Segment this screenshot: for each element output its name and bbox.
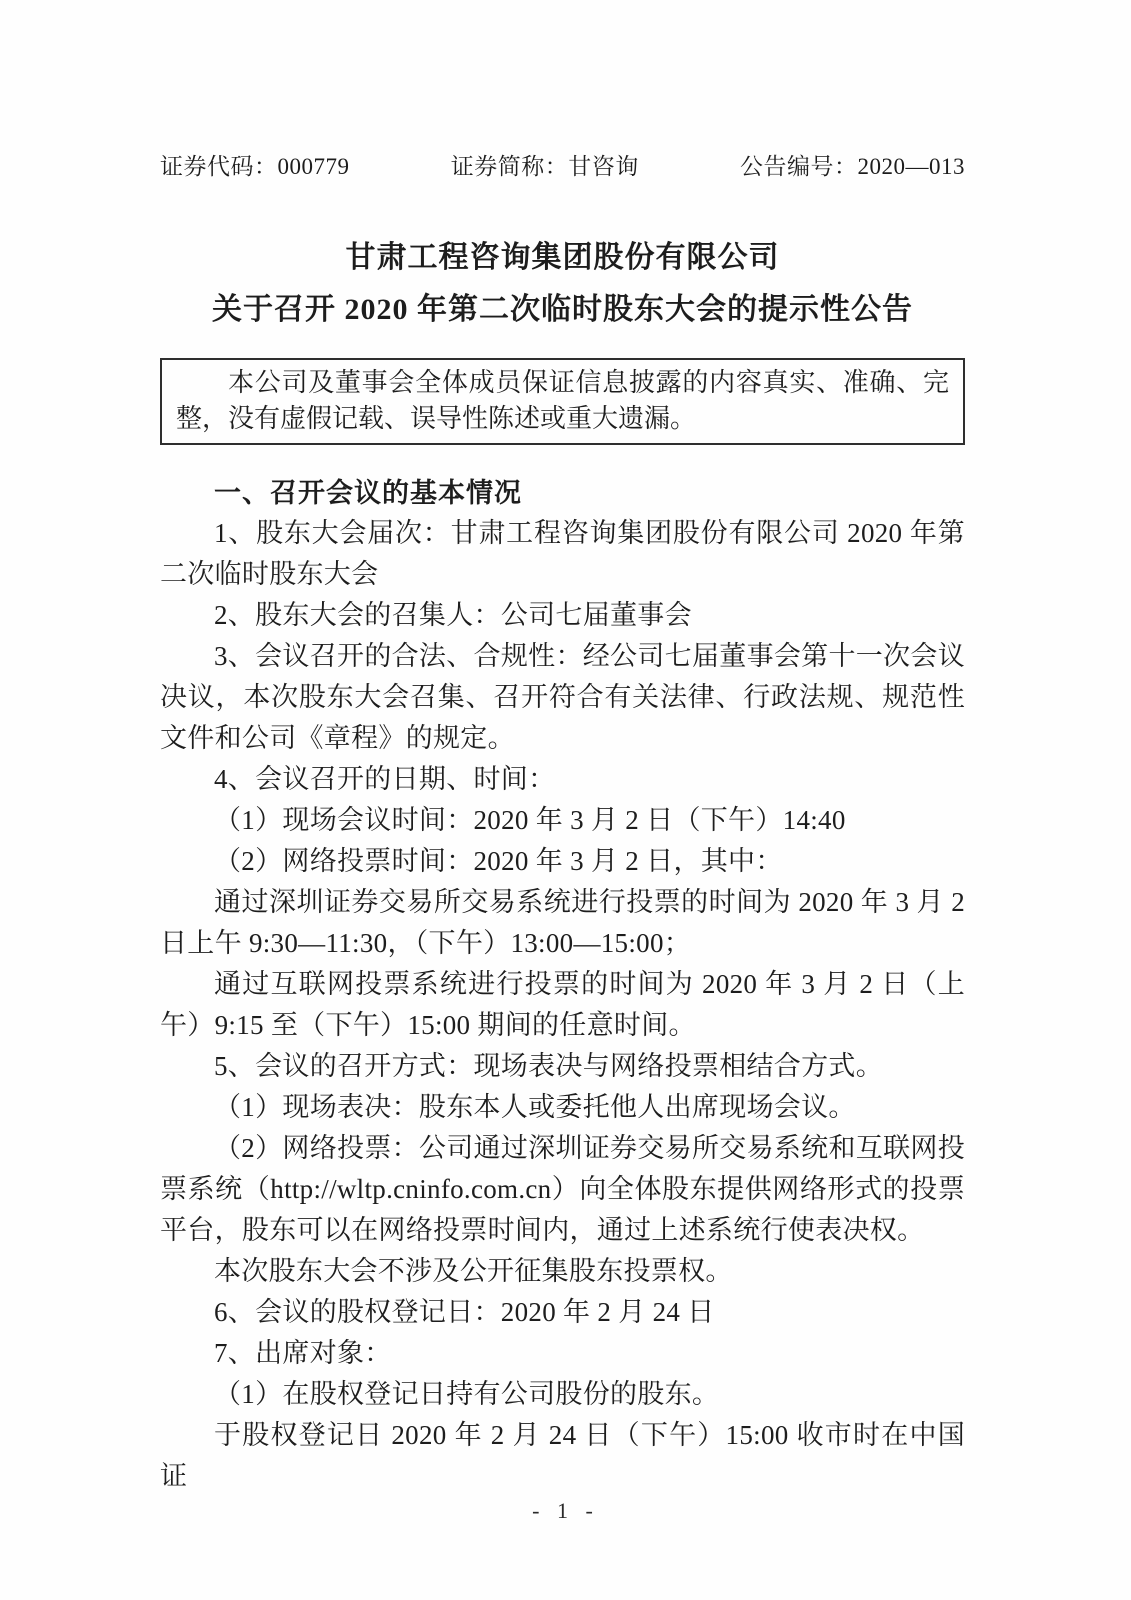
document-header: 证券代码：000779 证券简称：甘咨询 公告编号：2020—013 <box>160 152 965 182</box>
paragraph: 3、会议召开的合法、合规性：经公司七届董事会第十一次会议决议，本次股东大会召集、… <box>160 636 965 759</box>
paragraph: （1）在股权登记日持有公司股份的股东。 <box>160 1374 965 1415</box>
disclaimer-text: 本公司及董事会全体成员保证信息披露的内容真实、准确、完整，没有虚假记载、误导性陈… <box>176 368 949 433</box>
page-number: - 1 - <box>0 1498 1131 1524</box>
paragraph: 1、股东大会届次：甘肃工程咨询集团股份有限公司 2020 年第二次临时股东大会 <box>160 513 965 595</box>
paragraph: 7、出席对象： <box>160 1333 965 1374</box>
paragraph: 通过互联网投票系统进行投票的时间为 2020 年 3 月 2 日（上午）9:15… <box>160 964 965 1046</box>
paragraph: 本次股东大会不涉及公开征集股东投票权。 <box>160 1251 965 1292</box>
company-name-title: 甘肃工程咨询集团股份有限公司 <box>160 238 965 278</box>
document-page: 证券代码：000779 证券简称：甘咨询 公告编号：2020—013 甘肃工程咨… <box>0 0 1131 1600</box>
paragraph: （1）现场会议时间：2020 年 3 月 2 日（下午）14:40 <box>160 800 965 841</box>
paragraph: 5、会议的召开方式：现场表决与网络投票相结合方式。 <box>160 1046 965 1087</box>
paragraph: （2）网络投票：公司通过深圳证券交易所交易系统和互联网投票系统（http://w… <box>160 1128 965 1251</box>
stock-code: 证券代码：000779 <box>160 152 350 182</box>
paragraph: 6、会议的股权登记日：2020 年 2 月 24 日 <box>160 1292 965 1333</box>
paragraph: 4、会议召开的日期、时间： <box>160 759 965 800</box>
paragraph: 于股权登记日 2020 年 2 月 24 日（下午）15:00 收市时在中国证 <box>160 1415 965 1497</box>
announcement-title: 关于召开 2020 年第二次临时股东大会的提示性公告 <box>160 290 965 330</box>
stock-abbreviation: 证券简称：甘咨询 <box>451 152 639 182</box>
paragraph: （1）现场表决：股东本人或委托他人出席现场会议。 <box>160 1087 965 1128</box>
paragraph: （2）网络投票时间：2020 年 3 月 2 日，其中： <box>160 841 965 882</box>
disclaimer-box: 本公司及董事会全体成员保证信息披露的内容真实、准确、完整，没有虚假记载、误导性陈… <box>160 358 965 445</box>
paragraph: 通过深圳证券交易所交易系统进行投票的时间为 2020 年 3 月 2 日上午 9… <box>160 882 965 964</box>
announcement-number: 公告编号：2020—013 <box>740 152 965 182</box>
section-heading: 一、召开会议的基本情况 <box>160 473 965 513</box>
paragraph: 2、股东大会的召集人：公司七届董事会 <box>160 595 965 636</box>
section-body: 1、股东大会届次：甘肃工程咨询集团股份有限公司 2020 年第二次临时股东大会 … <box>160 513 965 1497</box>
